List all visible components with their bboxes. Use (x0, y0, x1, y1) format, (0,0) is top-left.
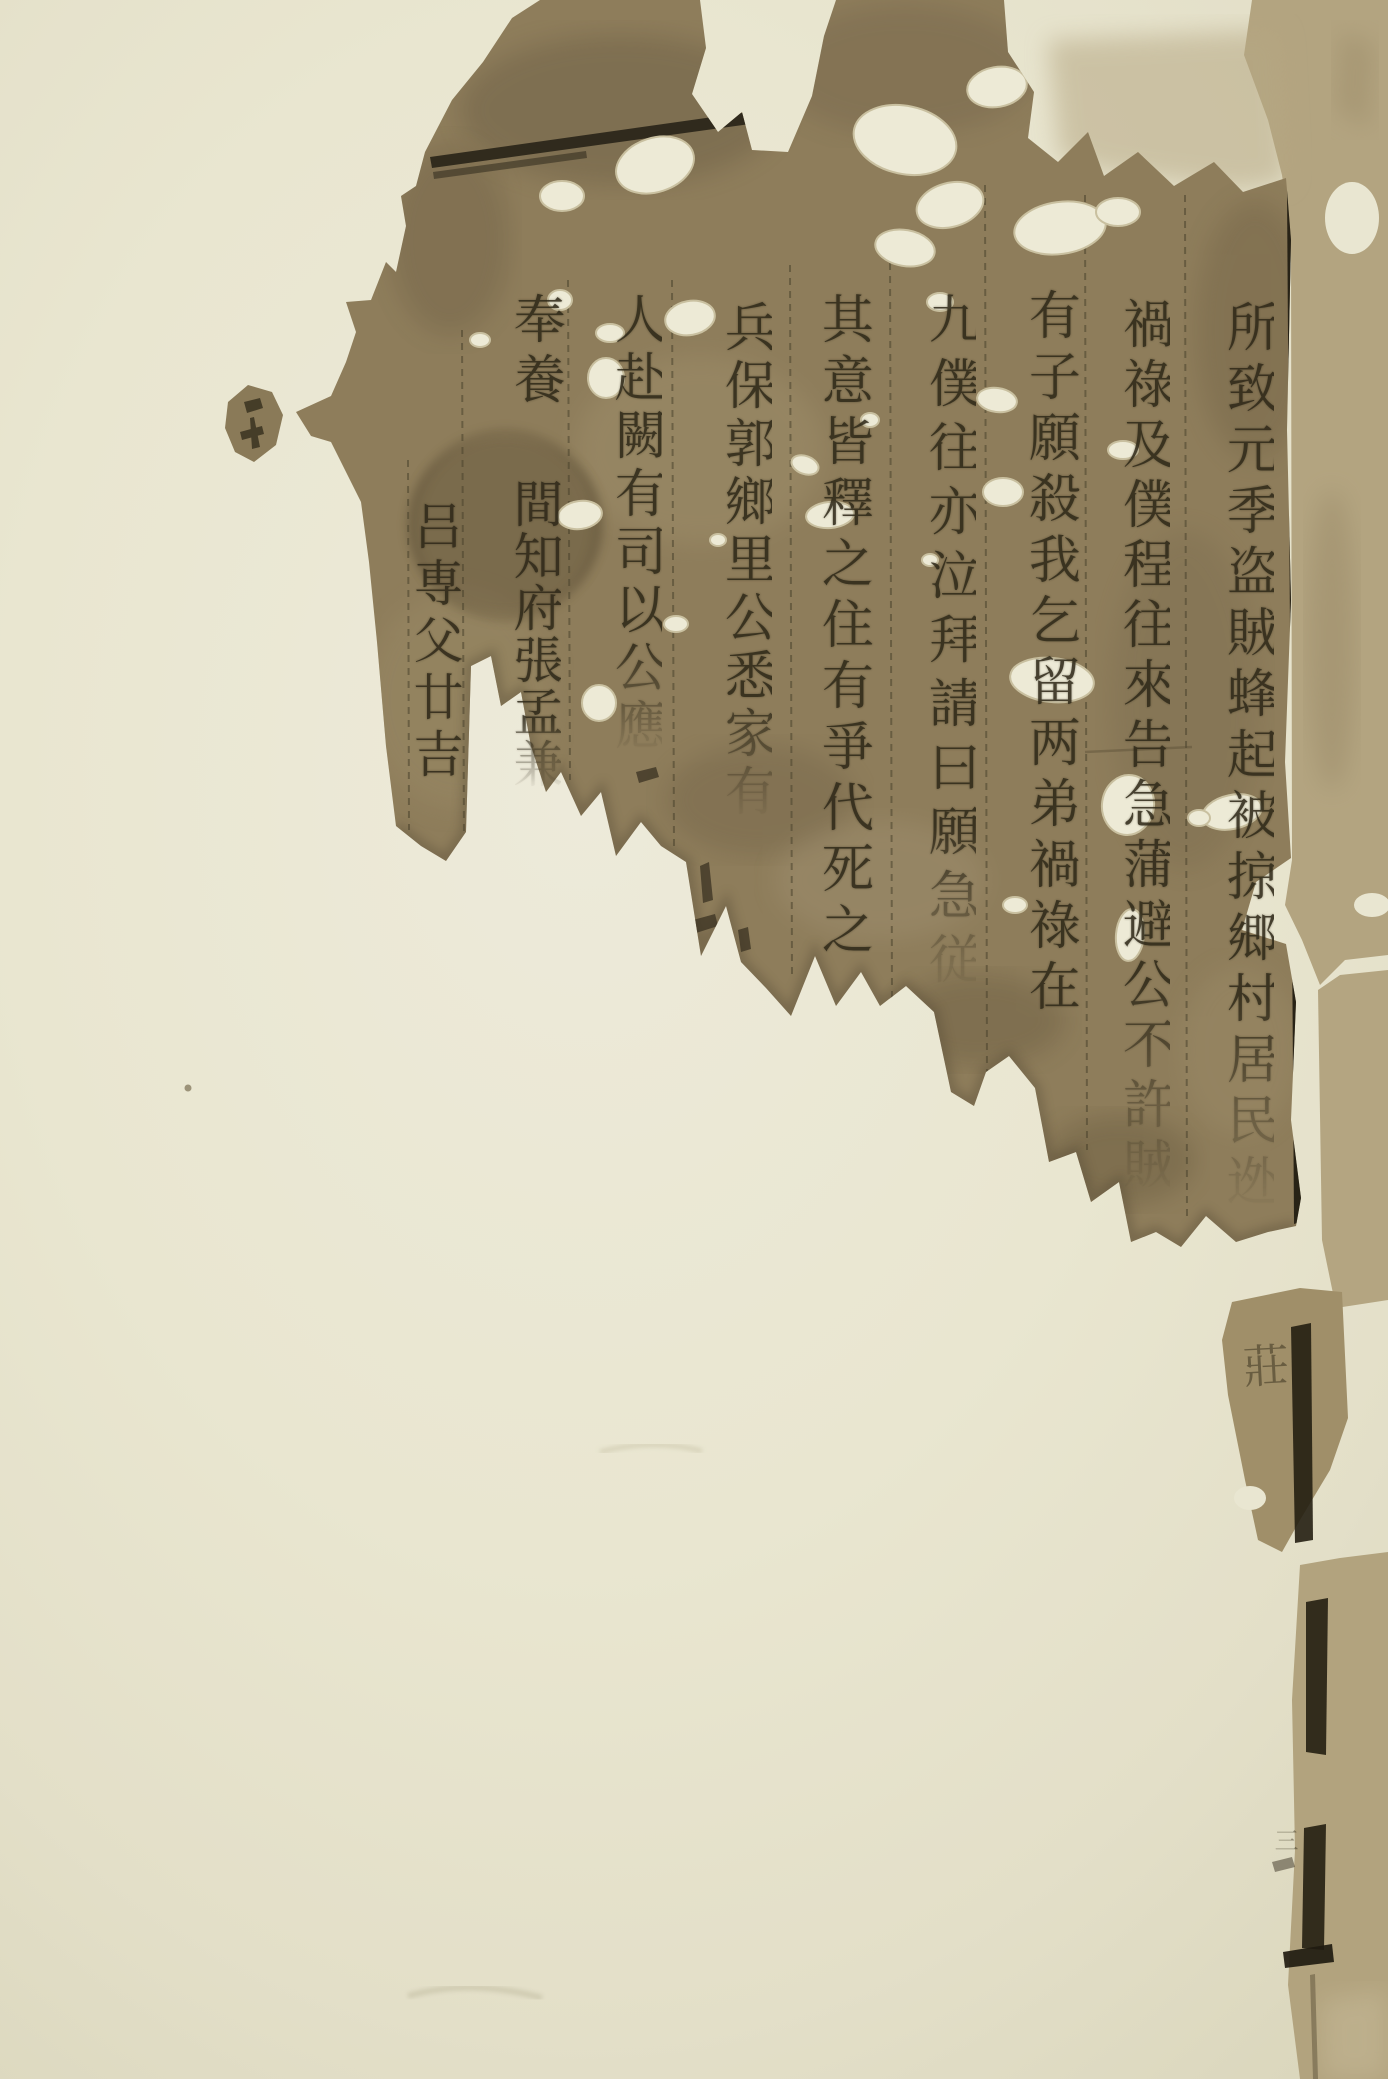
manuscript-photo: 所致元季盗賊蜂起被掠郷村居民迯禍祿及僕程往來告急蒲避公不許賊有子願殺我乞留两弟禍… (0, 0, 1388, 2079)
text-column-6: 兵保郭鄉里公悉家有 (718, 300, 773, 822)
text-column-7: 人赴闕有司以公應 (608, 292, 663, 756)
text-column-2: 禍祿及僕程往來告急蒲避公不許賊 (1116, 297, 1171, 1197)
text-column-8-part-1: 奉養 (507, 292, 562, 412)
worm-hole (1234, 1486, 1266, 1510)
backing-paper-blemishes (185, 1085, 703, 1999)
text-column-8-part-2: 間知府張孟兼 (508, 478, 561, 790)
island-fragment (225, 385, 283, 462)
text-column-3: 有子願殺我乞留两弟禍祿在 (1022, 288, 1077, 1020)
manuscript-artwork (0, 0, 1388, 2079)
faint-margin-stroke (1272, 1857, 1295, 1872)
lower-edge-mark: 三 (1267, 1828, 1302, 1852)
text-column-5: 其意皆釋之住有爭代死之 (815, 292, 870, 963)
detached-fragment-lower-right (1222, 1288, 1348, 1552)
edge-fragment-character: 莊 (1229, 1340, 1297, 1389)
text-column-1: 所致元季盗賊蜂起被掠郷村居民迯 (1220, 300, 1275, 1215)
text-column-4: 九僕往亦泣拜請曰願急従 (922, 292, 977, 996)
text-column-9: 吕専父廿吉 (408, 500, 461, 785)
